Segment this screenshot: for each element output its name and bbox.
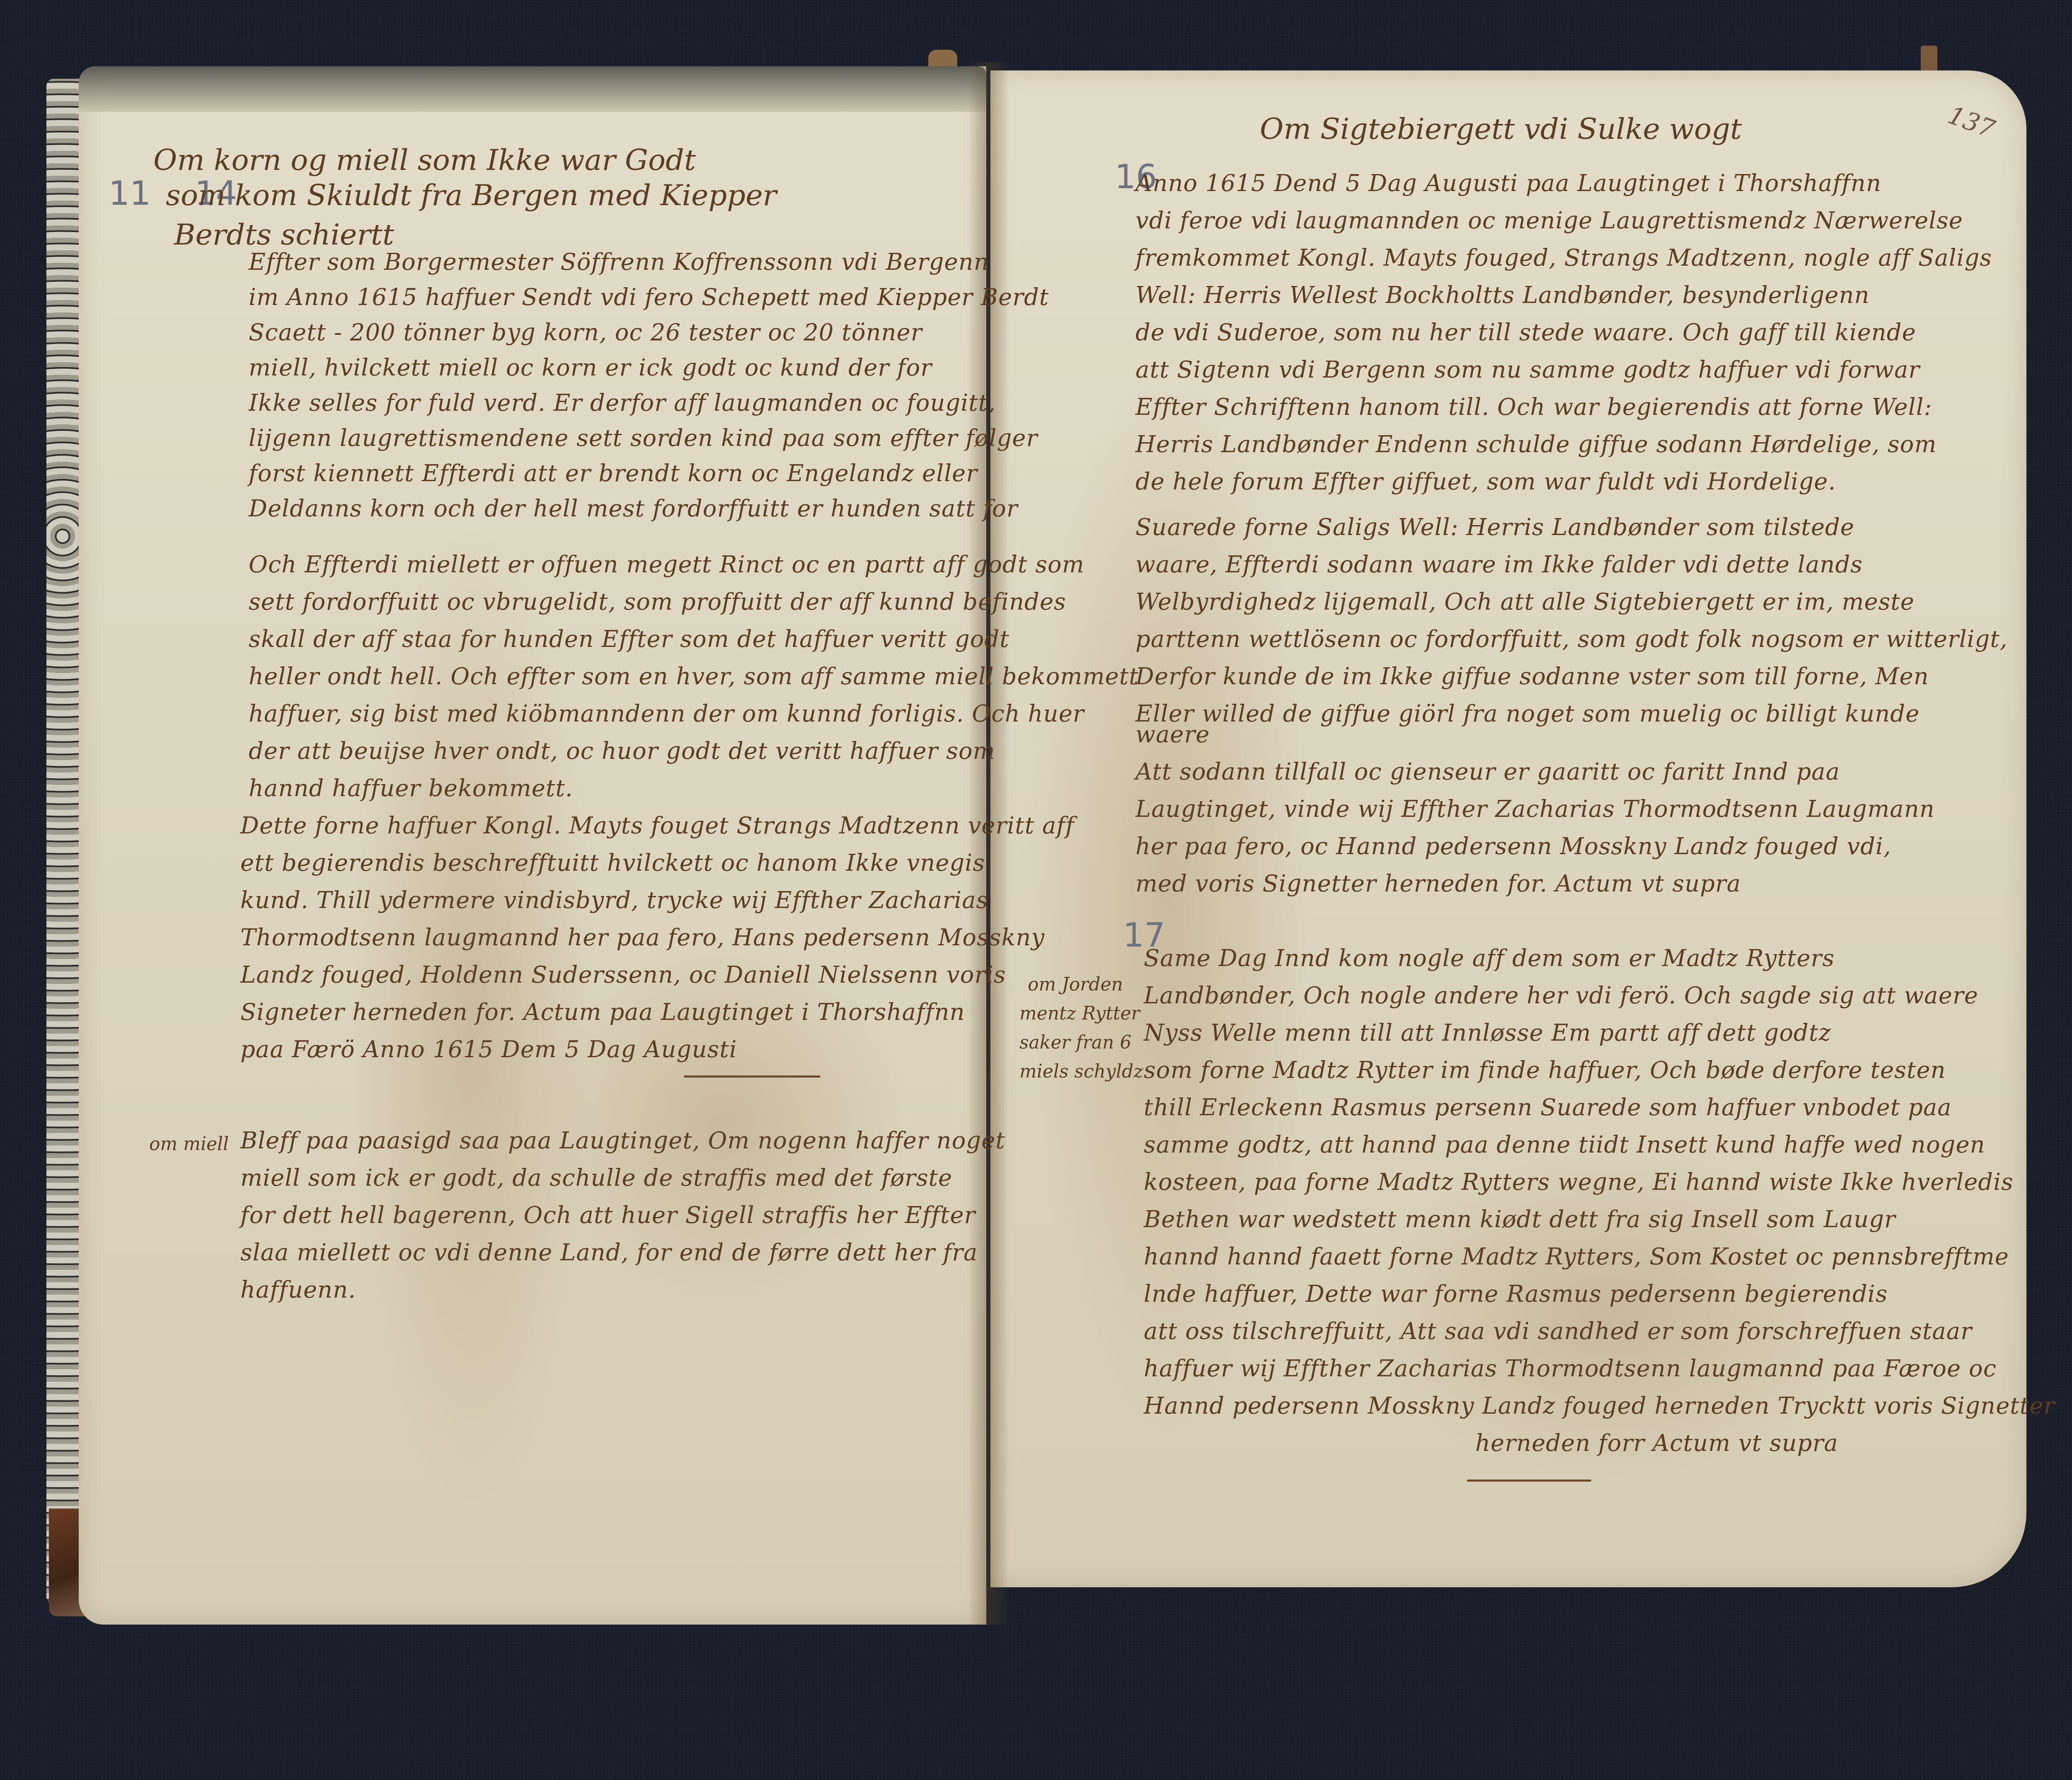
text-line: Herris Landbønder Endenn schulde giffue …: [1135, 431, 1937, 458]
end-flourish: [684, 1075, 821, 1078]
text-line: samme godtz, att hannd paa denne tiidt I…: [1144, 1131, 1985, 1158]
text-line: Scaett - 200 tönner byg korn, oc 26 test…: [249, 319, 922, 346]
margin-note: om miell: [149, 1133, 229, 1155]
text-line: Dette forne haffuer Kongl. Mayts fouget …: [240, 812, 1075, 839]
text-line: de hele forum Effter giffuet, som war fu…: [1135, 468, 1836, 495]
text-line: Eller willed de giffue giörl fra noget s…: [1135, 700, 1920, 727]
text-line: Bethen war wedstett menn kiødt dett fra …: [1144, 1206, 1896, 1233]
text-line: waare, Effterdi sodann waare im Ikke fal…: [1135, 551, 1863, 578]
manuscript-spread: 11 14 Om korn og miell som Ikke war Godt…: [0, 0, 2072, 1780]
text-line: for dett hell bagerenn, Och att huer Sig…: [240, 1202, 975, 1229]
margin-note-line: miels schyldz: [1019, 1061, 1143, 1082]
text-line: hannd haffuer bekommett.: [249, 775, 573, 802]
text-line: her paa fero, oc Hannd pedersenn Mosskny…: [1135, 833, 1891, 860]
closing-line: herneden forr Actum vt supra: [1475, 1430, 1838, 1457]
text-line: paa Færö Anno 1615 Dem 5 Dag Augusti: [240, 1036, 737, 1063]
text-line: Thormodtsenn laugmannd her paa fero, Han…: [240, 924, 1045, 951]
text-line: heller ondt hell. Och effter som en hver…: [249, 663, 1139, 690]
text-line: ett begierendis beschrefftuitt hvilckett…: [240, 850, 985, 877]
text-line: de vdi Suderoe, som nu her till stede wa…: [1135, 319, 1916, 346]
text-line: forst kiennett Effterdi att er brendt ko…: [249, 460, 978, 487]
text-line: Hannd pedersenn Mosskny Landz fouged her…: [1144, 1393, 2055, 1419]
text-line: Ikke selles for fuld verd. Er derfor aff…: [249, 390, 996, 417]
text-line: Laugtinget, vinde wij Effther Zacharias …: [1135, 796, 1935, 823]
text-line: sett fordorffuitt oc vbrugelidt, som pro…: [249, 588, 1066, 615]
right-heading: Om Sigtebiergett vdi Sulke wogt: [1260, 112, 1742, 146]
text-line: Anno 1615 Dend 5 Dag Augusti paa Laugtin…: [1135, 170, 1881, 197]
text-line: att Sigtenn vdi Bergenn som nu samme god…: [1135, 356, 1920, 383]
text-line: Effter som Borgermester Söffrenn Koffren…: [249, 249, 989, 276]
text-line: skall der aff staa for hunden Effter som…: [249, 626, 1009, 653]
text-line: Well: Herris Wellest Bockholtts Landbønd…: [1135, 282, 1870, 309]
text-line: Same Dag Innd kom nogle aff dem som er M…: [1144, 945, 1835, 972]
heading-line: som kom Skiuldt fra Bergen med Kiepper: [166, 178, 777, 212]
closing-rule: [1467, 1480, 1591, 1482]
text-line: fremkommet Kongl. Mayts fouged, Strangs …: [1135, 245, 1992, 271]
text-line: im Anno 1615 haffuer Sendt vdi fero Sche…: [249, 284, 1049, 311]
heading-line: Om korn og miell som Ikke war Godt: [153, 143, 696, 177]
text-line: haffuer wij Effther Zacharias Thormodtse…: [1144, 1355, 1997, 1382]
text-line: Bleff paa paasigd saa paa Laugtinget, Om…: [240, 1127, 1005, 1154]
text-line: Att sodann tillfall oc gienseur er gaari…: [1135, 758, 1840, 785]
text-line: Derfor kunde de im Ikke giffue sodanne v…: [1135, 663, 1929, 690]
text-line: Nyss Welle menn till att Innløsse Em par…: [1144, 1020, 1831, 1046]
text-line: hannd hannd faaett forne Madtz Rytters, …: [1144, 1243, 2009, 1270]
text-line: slaa miellett oc vdi denne Land, for end…: [240, 1239, 978, 1266]
text-line: miell som ick er godt, da schulle de str…: [240, 1165, 952, 1192]
pencil-mark: 11: [109, 174, 151, 213]
margin-note-line: om Jorden: [1028, 974, 1123, 995]
text-line: Suarede forne Saligs Well: Herris Landbø…: [1135, 514, 1854, 541]
text-line: med voris Signetter herneden for. Actum …: [1135, 870, 1741, 897]
text-line: som forne Madtz Rytter im finde haffuer,…: [1144, 1057, 1946, 1084]
text-line: lnde haffuer, Dette war forne Rasmus ped…: [1144, 1281, 1888, 1308]
text-line: Signeter herneden for. Actum paa Laugtin…: [240, 999, 965, 1026]
text-line: parttenn wettlösenn oc fordorffuitt, som…: [1135, 626, 2008, 653]
text-line: miell, hvilckett miell oc korn er ick go…: [249, 354, 932, 381]
text-line: vdi feroe vdi laugmannden oc menige Laug…: [1135, 207, 1963, 234]
text-line: thill Erleckenn Rasmus persenn Suarede s…: [1144, 1094, 1952, 1121]
left-page-top-edge: [79, 66, 986, 112]
text-line: lijgenn laugrettismendene sett sorden ki…: [249, 425, 1038, 452]
text-line: der att beuijse hver ondt, oc huor godt …: [249, 738, 995, 765]
text-line: kund. Thill ydermere vindisbyrd, trycke …: [240, 887, 988, 914]
text-line: Landz fouged, Holdenn Suderssenn, oc Dan…: [240, 961, 1006, 988]
text-line: kosteen, paa forne Madtz Rytters wegne, …: [1144, 1169, 2014, 1196]
text-line: haffuenn.: [240, 1276, 356, 1303]
margin-note-line: saker fran 6: [1019, 1032, 1131, 1053]
text-line: Och Effterdi miellett er offuen megett R…: [249, 551, 1084, 578]
text-line: Effter Schrifftenn hanom till. Och war b…: [1135, 394, 1932, 421]
text-line: att oss tilschreffuitt, Att saa vdi sand…: [1144, 1318, 1972, 1345]
text-line: Landbønder, Och nogle andere her vdi fer…: [1144, 982, 1978, 1009]
margin-note-line: mentz Rytter: [1019, 1003, 1140, 1024]
text-line: waere: [1135, 721, 1210, 748]
heading-line: Berdts schiertt: [174, 218, 394, 252]
text-line: Welbyrdighedz lijgemall, Och att alle Si…: [1135, 588, 1915, 615]
text-line: Deldanns korn och der hell mest fordorff…: [249, 495, 1018, 522]
text-line: haffuer, sig bist med kiöbmanndenn der o…: [249, 700, 1084, 727]
